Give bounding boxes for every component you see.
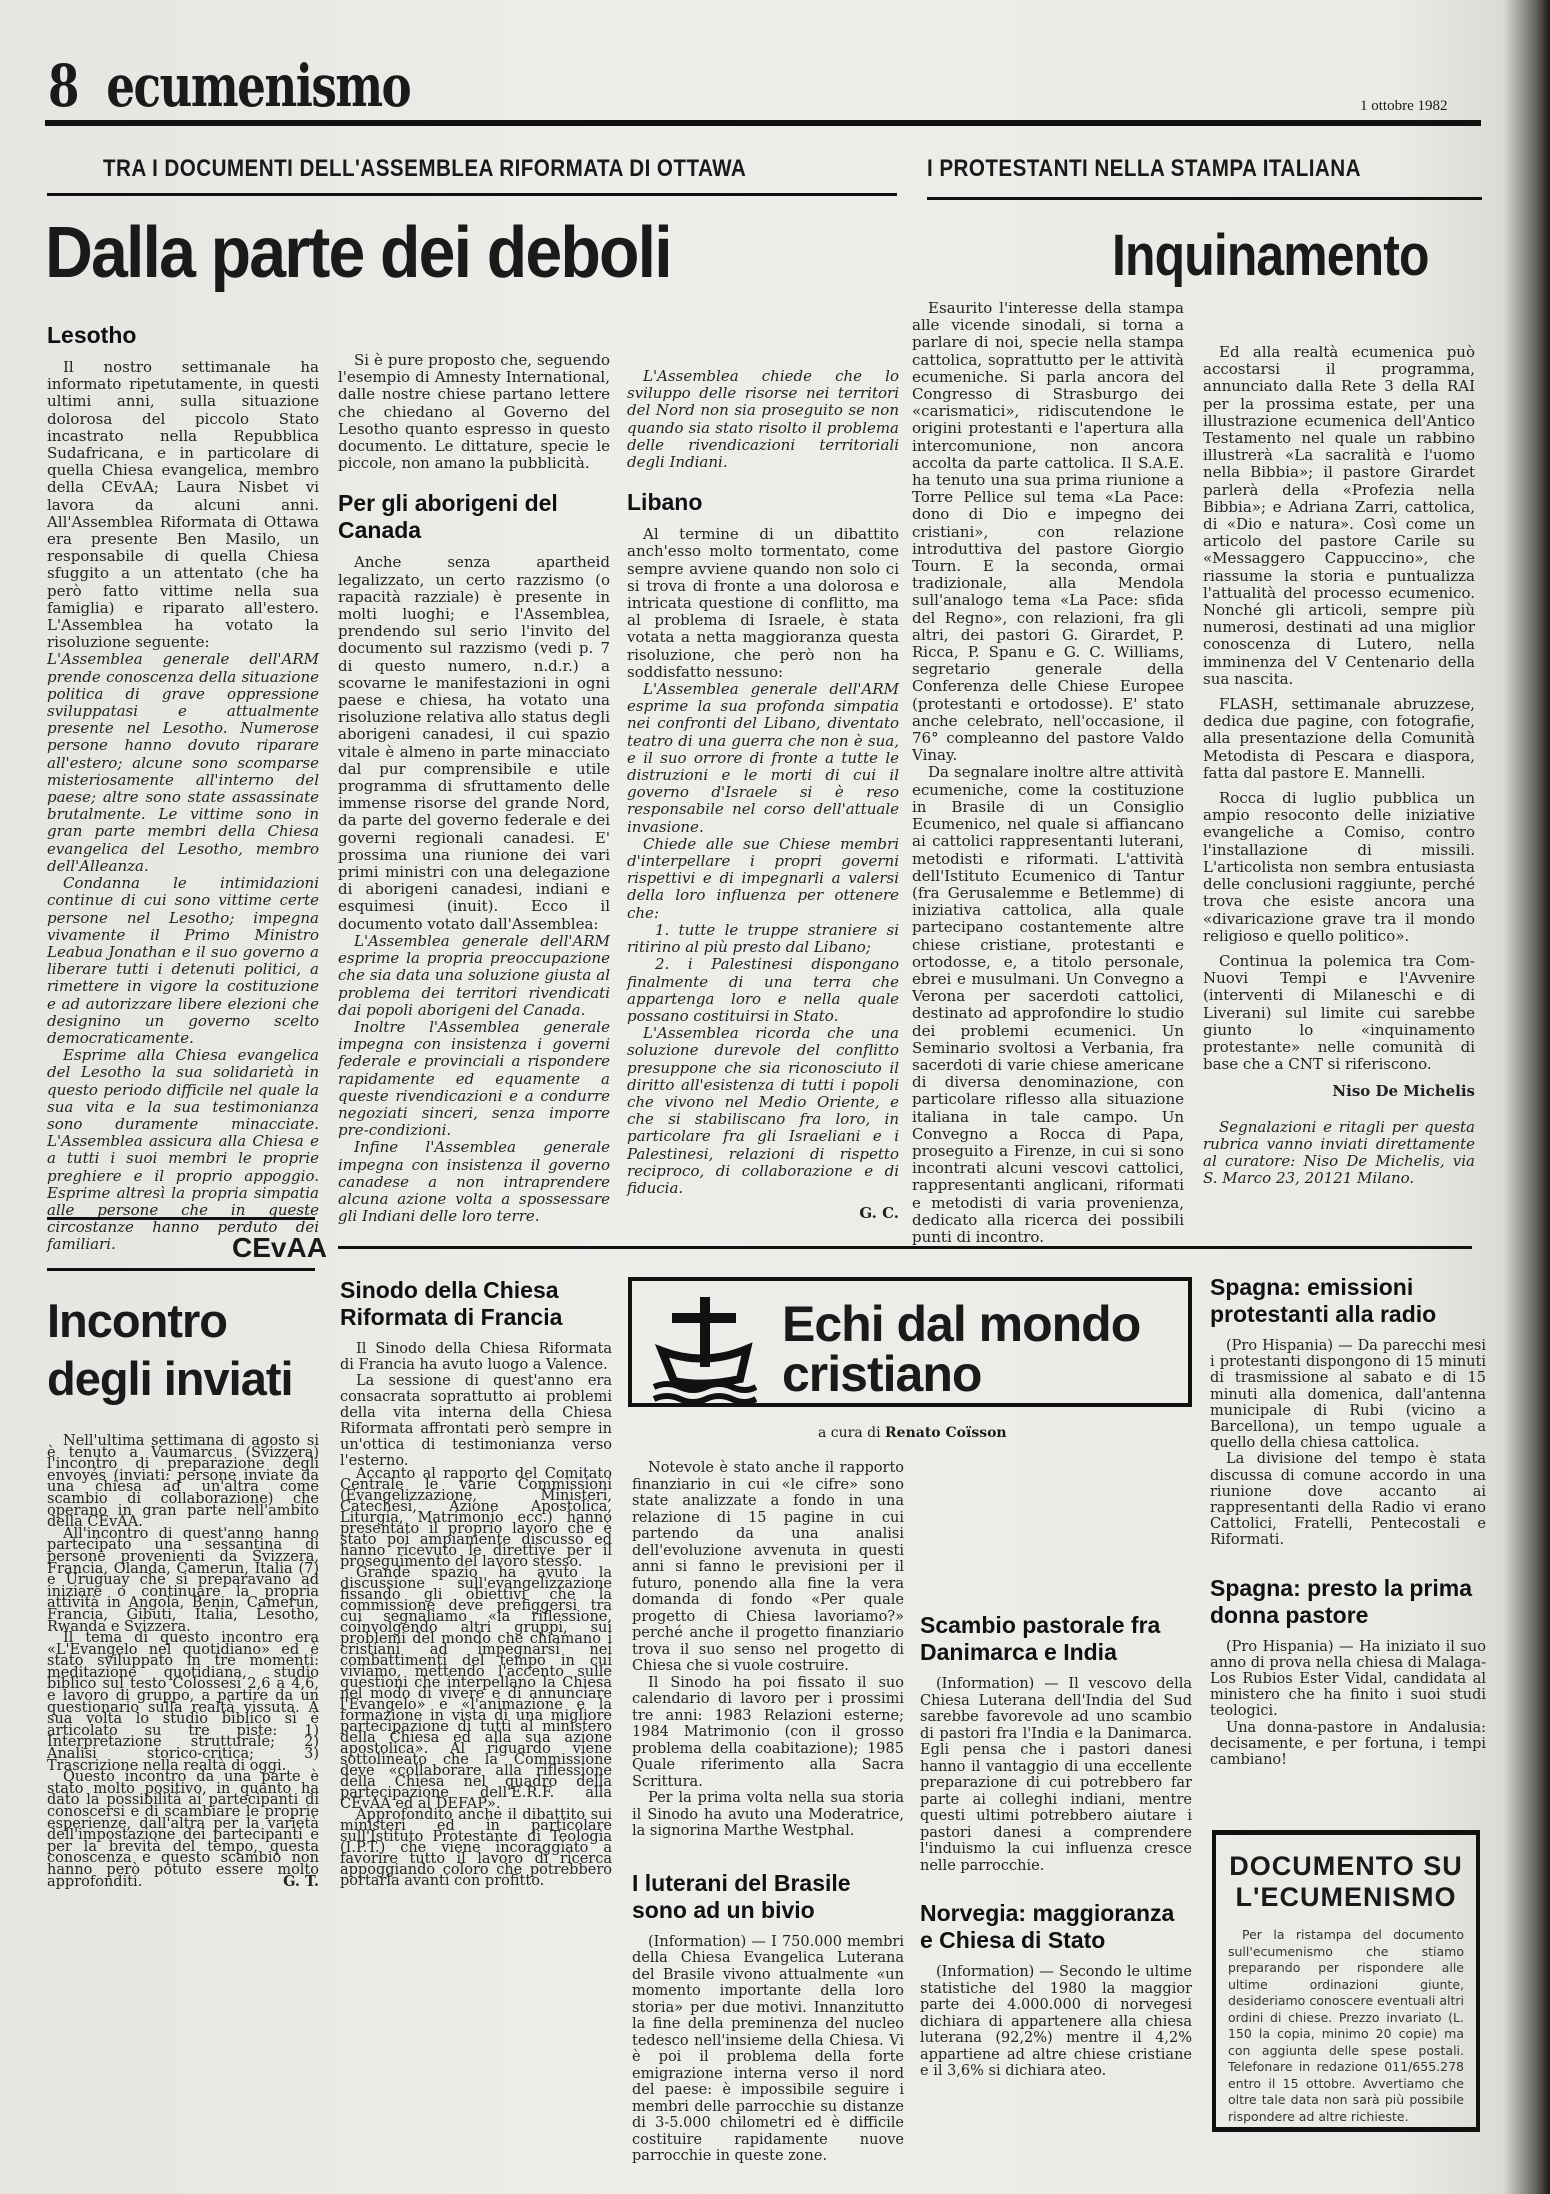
- spagna-pastore-para-1: (Pro Hispania) — Ha iniziato il suo anno…: [1210, 1639, 1486, 1720]
- byline-name: Renato Coïsson: [885, 1425, 1007, 1441]
- sinodo-para-7: Il Sinodo ha poi fissato il suo calendar…: [632, 1675, 904, 1791]
- headline-inquinamento: Inquinamento: [1112, 222, 1429, 289]
- echi-byline: a cura di Renato Coïsson: [818, 1425, 1007, 1441]
- documento-notice-box: DOCUMENTO SU L'ECUMENISMO Per la ristamp…: [1212, 1830, 1480, 2132]
- libano-intro: Al termine di un dibattito anch'esso mol…: [627, 526, 899, 681]
- page-number: 8: [48, 52, 78, 120]
- spagna-pastore-para-2: Una donna-pastore in Andalusia: decisame…: [1210, 1720, 1486, 1769]
- sinodo-para-1: Il Sinodo della Chiesa Riformata di Fran…: [340, 1341, 612, 1373]
- canada-intro: Anche senza apartheid legalizzato, un ce…: [338, 554, 610, 932]
- documento-title: DOCUMENTO SU L'ECUMENISMO: [1228, 1851, 1464, 1913]
- headline-danimarca: Scambio pastorale fra Danimarca e India: [920, 1612, 1192, 1666]
- headline-dalla-parte: Dalla parte dei deboli: [45, 212, 671, 294]
- subhead-canada: Per gli aborigeni del Canada: [338, 490, 610, 544]
- canada-resolution-1: L'Assemblea generale dell'ARM esprime la…: [338, 933, 610, 1019]
- inquinamento-para-6: Continua la polemica tra Com-Nuovi Tempi…: [1203, 953, 1475, 1073]
- kicker-left: TRA I DOCUMENTI DELL'ASSEMBLEA RIFORMATA…: [103, 155, 746, 183]
- lesotho-intro: Il nostro settimanale ha informato ripet…: [47, 359, 319, 651]
- newspaper-page: 8 ecumenismo 1 ottobre 1982 TRA I DOCUME…: [0, 0, 1550, 2194]
- article-column-sinodo: Sinodo della Chiesa Riformata di Francia…: [340, 1273, 612, 1887]
- article-column-libano: L'Assemblea chiede che lo sviluppo delle…: [627, 318, 899, 1222]
- documento-title-line-1: DOCUMENTO SU: [1228, 1851, 1464, 1882]
- cevaa-para-2: All'incontro di quest'anno hanno parteci…: [47, 1529, 319, 1633]
- canada-resolution-2: Inoltre l'Assemblea generale impegna con…: [338, 1019, 610, 1139]
- headline-incontro: Incontro degli inviati: [47, 1292, 293, 1408]
- kicker-rule-right: [927, 197, 1482, 200]
- cross-boat-icon: [652, 1289, 757, 1404]
- canada-resolution-4: L'Assemblea chiede che lo sviluppo delle…: [627, 368, 899, 471]
- inquinamento-para-4: FLASH, settimanale abruzzese, dedica due…: [1203, 696, 1475, 782]
- lesotho-resolution-1: L'Assemblea generale dell'ARM prende con…: [47, 651, 319, 875]
- spagna-radio-para-2: La divisione del tempo è stata discussa …: [1210, 1451, 1486, 1548]
- headline-spagna-radio: Spagna: emissioni protestanti alla radio: [1210, 1274, 1486, 1328]
- inquinamento-author: Niso De Michelis: [1203, 1083, 1475, 1100]
- inquinamento-para-3: Ed alla realtà ecumenica può accostarsi …: [1203, 344, 1475, 688]
- sinodo-para-4: Grande spazio ha avuto la discussione su…: [340, 1568, 612, 1810]
- echi-title-line-1: Echi dal mondo: [782, 1299, 1140, 1349]
- subhead-libano: Libano: [627, 489, 899, 516]
- libano-item-2: 2. i Palestinesi dispongano finalmente d…: [627, 956, 899, 1025]
- kicker-right: I PROTESTANTI NELLA STAMPA ITALIANA: [927, 155, 1361, 183]
- subhead-lesotho: Lesotho: [47, 322, 319, 349]
- norvegia-para-1: (Information) — Secondo le ultime statis…: [920, 1964, 1192, 2080]
- documento-title-line-2: L'ECUMENISMO: [1228, 1882, 1464, 1913]
- lesotho-closing: Si è pure proposto che, seguendo l'esemp…: [338, 352, 610, 472]
- headline-sinodo: Sinodo della Chiesa Riformata di Francia: [340, 1277, 612, 1331]
- article-column-inquinamento-1: Esaurito l'interesse della stampa alle v…: [912, 300, 1184, 1246]
- article-column-lesotho-1: Lesotho Il nostro settimanale ha informa…: [47, 318, 319, 1254]
- article-column-cevaa: Nell'ultima settimana di agosto si è ten…: [47, 1436, 319, 1888]
- canada-resolution-3: Infine l'Assemblea generale impegna con …: [338, 1139, 610, 1225]
- libano-item-1: 1. tutte le truppe straniere si ritirino…: [627, 922, 899, 956]
- libano-signature: G. C.: [627, 1205, 899, 1222]
- cevaa-para-4: Questo incontro da una parte è stato mol…: [47, 1772, 319, 1888]
- headline-incontro-line-1: Incontro: [47, 1292, 293, 1350]
- issue-date: 1 ottobre 1982: [1360, 98, 1448, 115]
- headline-brasile: I luterani del Brasile sono ad un bivio: [632, 1870, 904, 1924]
- inquinamento-note: Segnalazioni e ritagli per questa rubric…: [1203, 1119, 1475, 1188]
- danimarca-para-1: (Information) — Il vescovo della Chiesa …: [920, 1676, 1192, 1874]
- sinodo-para-2: La sessione di quest'anno era consacrata…: [340, 1373, 612, 1469]
- inquinamento-para-1: Esaurito l'interesse della stampa alle v…: [912, 300, 1184, 764]
- rule-cevaa-top: [47, 1217, 315, 1220]
- section-title: ecumenismo: [106, 52, 410, 120]
- documento-body: Per la ristampa del documento sull'ecume…: [1228, 1927, 1464, 2125]
- echi-title: Echi dal mondo cristiano: [782, 1299, 1140, 1399]
- libano-resolution-2: Chiede alle sue Chiese membri d'interpel…: [627, 836, 899, 922]
- kicker-rule-left: [47, 193, 897, 196]
- rule-cevaa-bottom: [47, 1268, 315, 1271]
- headline-norvegia: Norvegia: maggioranza e Chiesa di Stato: [920, 1900, 1192, 1954]
- article-column-inquinamento-2: Ed alla realtà ecumenica può accostarsi …: [1203, 300, 1475, 1187]
- article-column-sinodo-cont: Notevole è stato anche il rapporto finan…: [632, 1460, 904, 2165]
- sinodo-para-5: Approfondito anche il dibattito sui mini…: [340, 1810, 612, 1887]
- sinodo-para-6: Notevole è stato anche il rapporto finan…: [632, 1460, 904, 1675]
- byline-prefix: a cura di: [818, 1425, 881, 1441]
- inquinamento-para-2: Da segnalare inoltre altre attività ecum…: [912, 764, 1184, 1246]
- sinodo-para-8: Per la prima volta nella sua storia il S…: [632, 1790, 904, 1840]
- headline-spagna-pastore: Spagna: presto la prima donna pastore: [1210, 1575, 1486, 1629]
- masthead: 8 ecumenismo: [48, 52, 410, 120]
- article-column-spagna: Spagna: emissioni protestanti alla radio…: [1210, 1270, 1486, 1768]
- rule-bottom-section: [338, 1246, 1472, 1249]
- section-tag-cevaa: CEvAA: [232, 1232, 327, 1264]
- echi-banner: Echi dal mondo cristiano: [628, 1277, 1192, 1407]
- headline-incontro-line-2: degli inviati: [47, 1350, 293, 1408]
- article-column-canada: Si è pure proposto che, seguendo l'esemp…: [338, 318, 610, 1225]
- lesotho-resolution-3: Esprime alla Chiesa evangelica del Lesot…: [47, 1047, 319, 1253]
- documento-body-text: Per la ristampa del documento sull'ecume…: [1228, 1927, 1464, 2125]
- lesotho-resolution-2: Condanna le intimidazioni continue di cu…: [47, 875, 319, 1047]
- libano-resolution-3: L'Assemblea ricorda che una soluzione du…: [627, 1025, 899, 1197]
- spagna-radio-para-1: (Pro Hispania) — Da parecchi mesi i prot…: [1210, 1338, 1486, 1451]
- cevaa-para-1: Nell'ultima settimana di agosto si è ten…: [47, 1436, 319, 1529]
- brasile-para-1: (Information) — I 750.000 membri della C…: [632, 1934, 904, 2165]
- masthead-rule: [45, 120, 1481, 126]
- article-column-danimarca: Scambio pastorale fra Danimarca e India …: [920, 1460, 1192, 2080]
- libano-resolution-1: L'Assemblea generale dell'ARM esprime la…: [627, 681, 899, 836]
- echi-title-line-2: cristiano: [782, 1349, 1140, 1399]
- sinodo-para-3: Accanto al rapporto del Comitato Central…: [340, 1469, 612, 1568]
- inquinamento-para-5: Rocca di luglio pubblica un ampio resoco…: [1203, 790, 1475, 945]
- cevaa-para-3: Il tema di questo incontro era «L'Evange…: [47, 1633, 319, 1772]
